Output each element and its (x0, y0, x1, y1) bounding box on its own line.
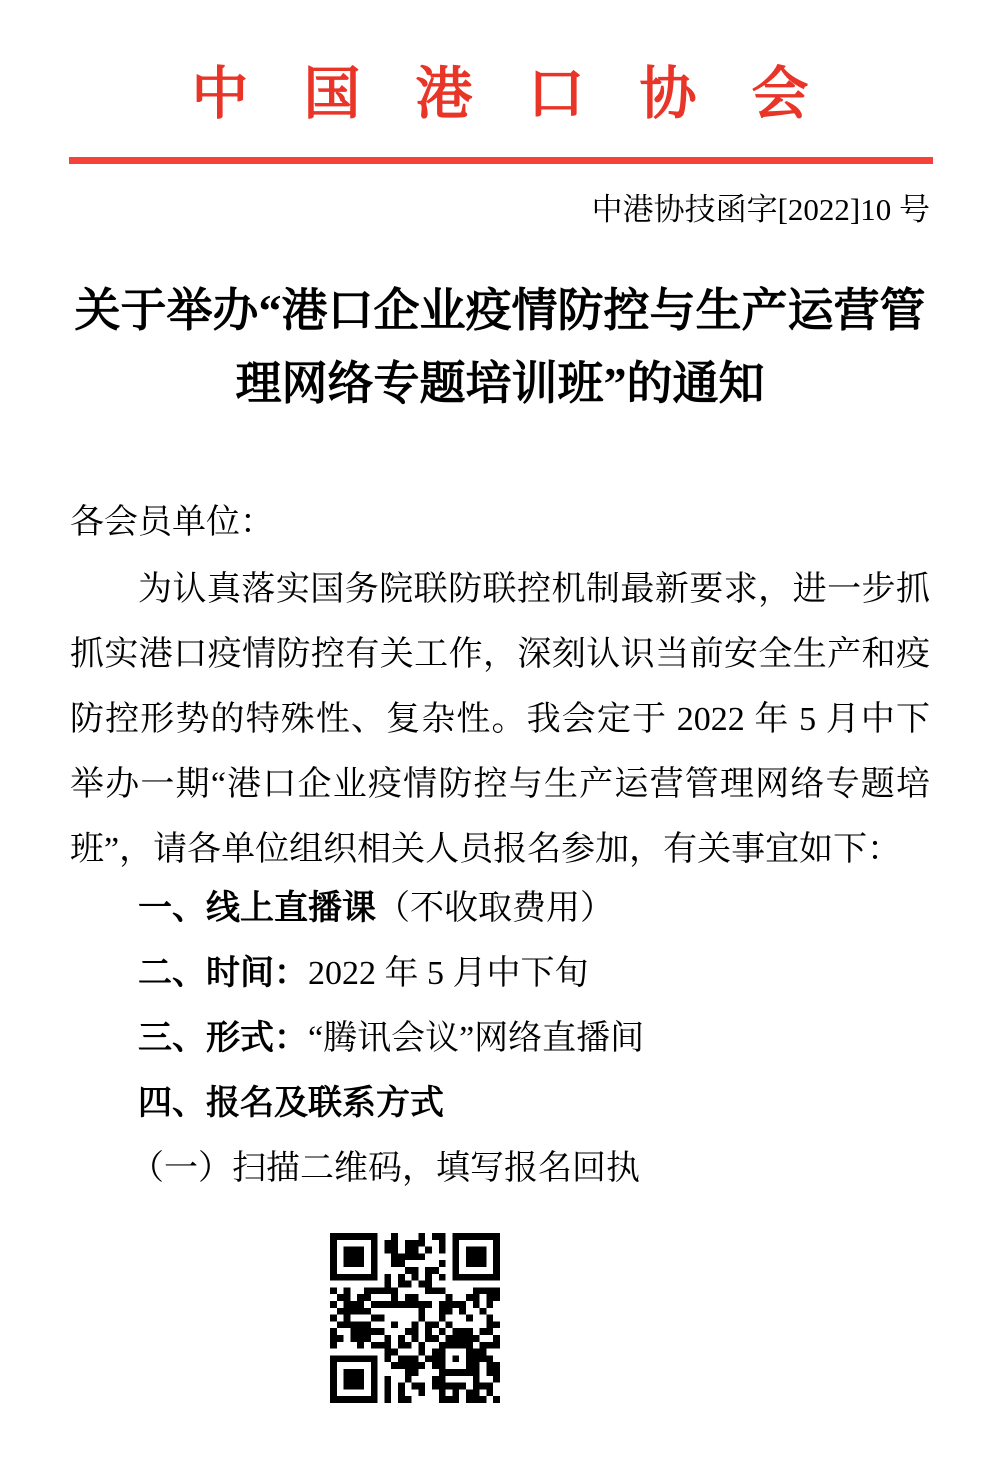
list-item-2: 二、时间：2022 年 5 月中下旬 (70, 941, 930, 1006)
notice-title-line-2: 理网络专题培训班”的通知 (30, 347, 970, 420)
item-list: 一、线上直播课（不收取费用） 二、时间：2022 年 5 月中下旬 三、形式：“… (0, 876, 1000, 1201)
list-item-1-text: （不收取费用） (376, 890, 614, 927)
paragraph-line: 班”，请各单位组织相关人员报名参加，有关事宜如下： (70, 817, 930, 882)
paragraph-line: 为认真落实国务院联防联控机制最新要求，进一步抓紧 (70, 557, 930, 622)
doc-number: 中港协技函字[2022]10 号 (0, 192, 1000, 228)
sub-item: （一）扫描二维码，填写报名回执 (70, 1136, 930, 1201)
header-divider (69, 157, 933, 164)
paragraph-line: 举办一期“港口企业疫情防控与生产运营管理网络专题培训 (70, 752, 930, 817)
org-name: 中国港口协会 (0, 0, 1000, 135)
list-item-1-label: 一、线上直播课 (138, 889, 376, 927)
list-item-2-text: 2022 年 5 月中下旬 (308, 955, 589, 992)
document-page: 中国港口协会 中港协技函字[2022]10 号 关于举办“港口企业疫情防控与生产… (0, 0, 1000, 1464)
paragraph-line: 抓实港口疫情防控有关工作，深刻认识当前安全生产和疫情 (70, 622, 930, 687)
list-item-3: 三、形式：“腾讯会议”网络直播间 (70, 1006, 930, 1071)
salutation: 各会员单位： (0, 502, 1000, 544)
list-item-3-label: 三、形式： (138, 1019, 308, 1057)
paragraph-line: 防控形势的特殊性、复杂性。我会定于 2022 年 5 月中下旬 (70, 687, 930, 752)
notice-title: 关于举办“港口企业疫情防控与生产运营管 理网络专题培训班”的通知 (30, 274, 970, 420)
body-paragraph: 为认真落实国务院联防联控机制最新要求，进一步抓紧 抓实港口疫情防控有关工作，深刻… (0, 557, 1000, 882)
list-item-4-label: 四、报名及联系方式 (138, 1084, 444, 1122)
list-item-1: 一、线上直播课（不收取费用） (70, 876, 930, 941)
notice-title-line-1: 关于举办“港口企业疫情防控与生产运营管 (30, 274, 970, 347)
registration-qr-code (330, 1233, 500, 1403)
list-item-2-label: 二、时间： (138, 954, 308, 992)
list-item-4: 四、报名及联系方式 (70, 1071, 930, 1136)
list-item-3-text: “腾讯会议”网络直播间 (308, 1020, 644, 1057)
